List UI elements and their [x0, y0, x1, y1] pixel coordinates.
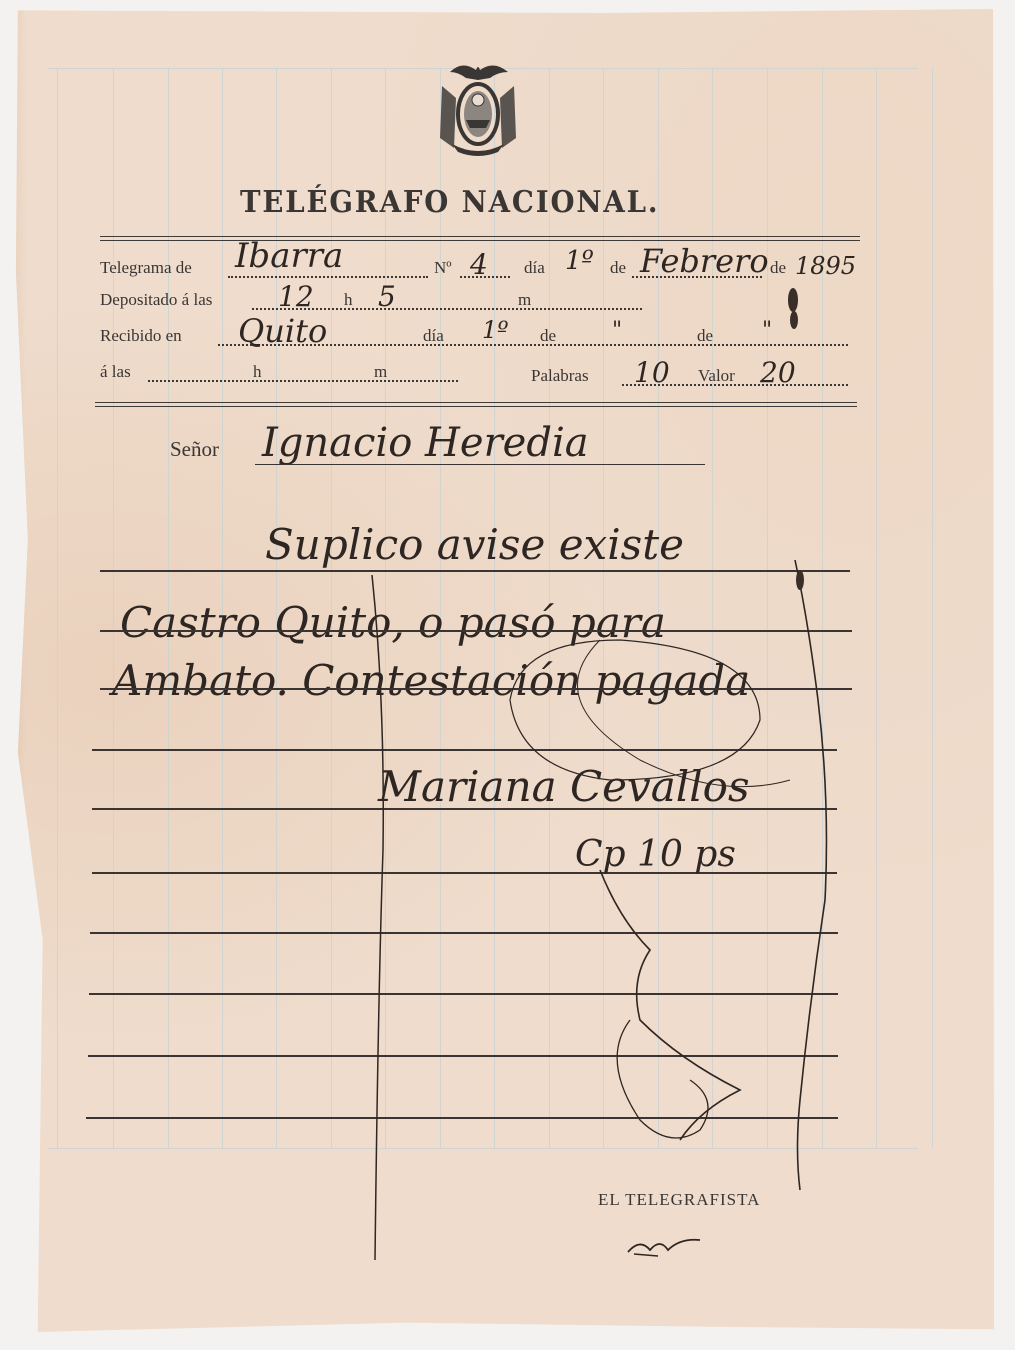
month-value: Febrero: [640, 242, 769, 280]
message-line-2: Castro Quito, o pasó para: [120, 598, 666, 647]
sender-signature: Mariana Cevallos: [378, 762, 750, 811]
form-title: TELÉGRAFO NACIONAL.: [240, 185, 663, 220]
header-rule: [100, 236, 860, 241]
palabras-value: 10: [634, 356, 670, 389]
depositado-minute-value: 5: [378, 280, 396, 313]
recibido-de2-label: de: [697, 326, 713, 346]
numero-label: Nº: [434, 258, 452, 278]
message-line-1: Suplico avise existe: [265, 520, 684, 569]
numero-value: 4: [470, 248, 488, 281]
depositado-hour-value: 12: [278, 280, 314, 313]
year-value: 1895: [795, 252, 856, 280]
recipient-name: Ignacio Heredia: [262, 420, 589, 466]
dotted-leader: [148, 380, 458, 382]
recibido-value: Quito: [238, 312, 327, 350]
valor-value: 20: [760, 356, 796, 389]
valor-label: Valor: [698, 366, 735, 386]
message-line-3: Ambato. Contestación pagada: [112, 656, 750, 705]
telegrafista-label: EL TELEGRAFISTA: [598, 1190, 760, 1210]
recibido-year-value: ": [762, 318, 772, 343]
recibido-de-label: de: [540, 326, 556, 346]
telegrama-de-label: Telegrama de: [100, 258, 192, 278]
recibido-label: Recibido en: [100, 326, 182, 346]
a-las-h-label: h: [253, 362, 262, 382]
m-label: m: [518, 290, 531, 310]
recibido-month-value: ": [612, 318, 622, 343]
origin-value: Ibarra: [235, 236, 343, 276]
de-anio-label: de: [770, 258, 786, 278]
coat-of-arms-icon: [432, 58, 524, 158]
a-las-label: á las: [100, 362, 131, 382]
palabras-label: Palabras: [531, 366, 589, 386]
recipient-line: [255, 464, 705, 465]
payment-note: Cp 10 ps: [575, 834, 736, 875]
dia-value: 1º: [565, 246, 594, 276]
senor-label: Señor: [170, 437, 219, 462]
fields-bottom-rule: [95, 402, 857, 407]
recibido-dia-label: día: [423, 326, 444, 346]
h-label: h: [344, 290, 353, 310]
dia-label: día: [524, 258, 545, 278]
depositado-label: Depositado á las: [100, 290, 212, 310]
a-las-m-label: m: [374, 362, 387, 382]
de-label: de: [610, 258, 626, 278]
recibido-dia-value: 1º: [482, 316, 509, 344]
dotted-leader: [228, 276, 428, 278]
